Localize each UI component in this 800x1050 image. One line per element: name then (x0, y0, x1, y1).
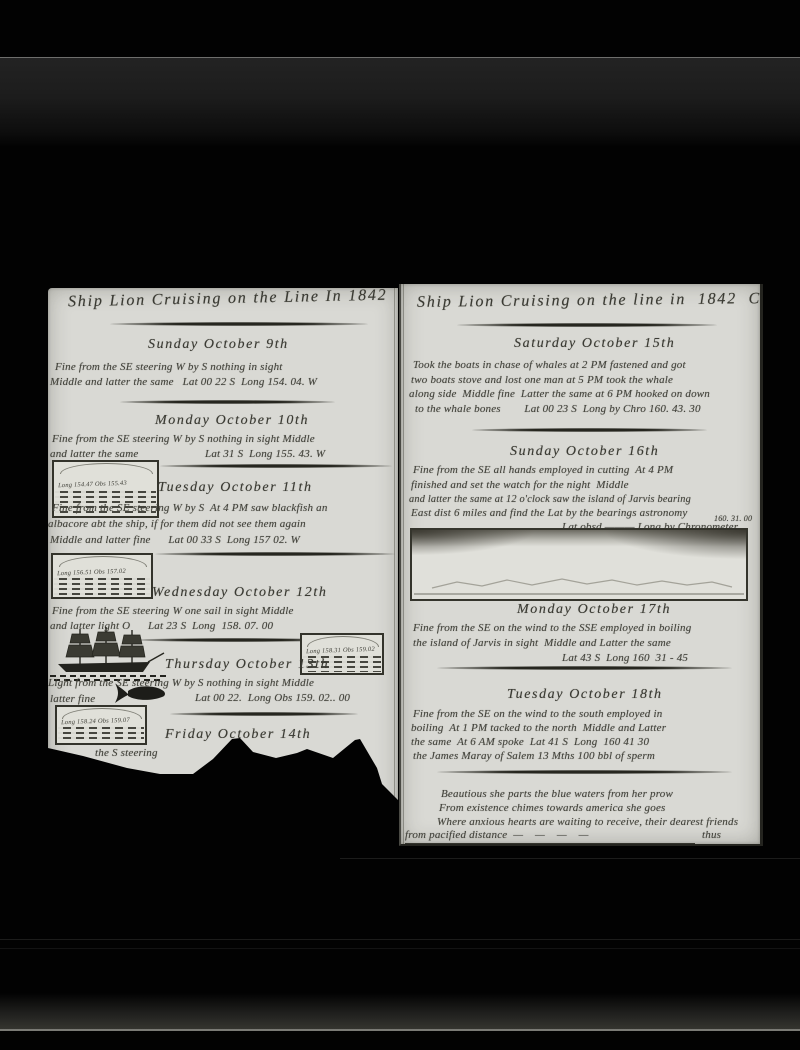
entry-line: finished and set the watch for the night… (411, 479, 629, 492)
film-bottom-line (0, 1029, 800, 1031)
film-scratch-line (340, 858, 800, 859)
entry-heading: Friday October 14th (165, 728, 311, 741)
ship-sketch (50, 626, 168, 682)
entry-line: along side Middle fine Latter the same a… (409, 388, 710, 401)
entry-line: to the whale bones Lat 00 23 S Long by C… (415, 403, 701, 416)
entry-line: boiling At 1 PM tacked to the north Midd… (411, 722, 666, 735)
entry-heading: Tuesday October 18th (507, 688, 663, 701)
entry-line: Fine from the SE steering W one sail in … (52, 605, 294, 618)
entry-line: Lat 31 S Long 155. 43. W (205, 448, 325, 461)
entry-line: the same At 6 AM spoke Lat 41 S Long 160… (411, 736, 649, 749)
divider-flourish (170, 712, 358, 716)
entry-line: albacore abt the ship, if for them did n… (48, 518, 306, 531)
entry-line: Middle and latter the same Lat 00 22 S L… (50, 376, 317, 389)
entry-line: Light from the SE steering W by S nothin… (48, 677, 314, 690)
entry-line: Fine from the SE steering W by S nothing… (52, 433, 315, 446)
entry-line: the S steering (95, 747, 158, 760)
verse-line: Beautious she parts the blue waters from… (441, 788, 673, 801)
entry-line: Middle and latter fine Lat 00 33 S Long … (50, 534, 300, 547)
entry-heading: Sunday October 16th (510, 445, 659, 458)
left-page: Ship Lion Cruising on the Line In 1842 S… (48, 288, 398, 846)
entry-line: Fine from the SE on the wind to the sout… (413, 708, 662, 721)
entry-line: two boats stove and lost one man at 5 PM… (411, 374, 673, 387)
entry-line: Lat 00 22. Long Obs 159. 02.. 00 (195, 692, 350, 705)
sketch-caption: Long 154.47 Obs 155.43 (58, 480, 127, 489)
scanned-logbook-photograph: { "left_page": { "header": "Ship Lion Cr… (0, 0, 800, 1050)
sketch-caption: Long 156.51 Obs 157.02 (57, 568, 126, 577)
film-bottom-band (0, 993, 800, 1029)
film-top-band (0, 57, 800, 146)
verse-line: from pacified distance — — — — (405, 829, 695, 844)
divider-flourish (472, 428, 707, 432)
entry-line: Fine from the SE all hands employed in c… (413, 464, 673, 477)
right-page: Ship Lion Cruising on the line in 1842 C… (399, 284, 763, 846)
whale-sketch (114, 682, 168, 704)
entry-heading: Monday October 17th (517, 603, 671, 616)
entry-heading: Tuesday October 11th (158, 481, 313, 494)
divider-flourish (457, 323, 717, 327)
film-scratch-line (0, 939, 800, 940)
entry-line: Lat 43 S Long 160 31 - 45 (562, 652, 688, 665)
coastline-sketch-box: Long 156.51 Obs 157.02 (51, 553, 153, 599)
entry-line: the island of Jarvis in sight Middle and… (413, 637, 671, 650)
sea-hatch (58, 727, 144, 742)
mountain-ridge (412, 530, 746, 599)
entry-heading: Sunday October 9th (148, 338, 289, 351)
entry-line: Fine from the SE steering W by S At 4 PM… (52, 502, 328, 515)
page-header: Ship Lion Cruising on the line in 1842 C (417, 292, 761, 309)
entry-line: and latter the same at 12 o'clock saw th… (409, 493, 691, 506)
entry-line: East dist 6 miles and find the Lat by th… (411, 507, 688, 520)
film-scratch-line (0, 948, 800, 949)
sketch-caption: Long 158.31 Obs 159.02 (306, 646, 375, 655)
divider-flourish (437, 666, 732, 670)
verse-line: From existence chimes towards america sh… (439, 802, 666, 815)
entry-line: Fine from the SE on the wind to the SSE … (413, 622, 691, 635)
entry-line: Took the boats in chase of whales at 2 P… (413, 359, 686, 372)
entry-line: the James Maray of Salem 13 Mths 100 bbl… (413, 750, 655, 763)
page-header: Ship Lion Cruising on the Line In 1842 (68, 289, 388, 309)
coastline-sketch-box: Long 158.24 Obs 159.07 (55, 705, 147, 745)
sky-arc (59, 556, 147, 567)
entry-heading: Monday October 10th (155, 414, 309, 427)
margin-rule (394, 288, 395, 846)
verse-line: Where anxious hearts are waiting to rece… (437, 816, 738, 829)
divider-flourish (437, 770, 732, 774)
margin-rule (403, 284, 404, 844)
sea-hatch (54, 578, 150, 596)
sky-arc (60, 463, 153, 474)
divider-flourish (160, 464, 392, 468)
entry-heading: Wednesday October 12th (152, 586, 327, 599)
verse-signature: thus (702, 829, 721, 842)
divider-flourish (110, 322, 368, 326)
entry-line: Fine from the SE steering W by S nothing… (55, 361, 283, 374)
divider-flourish (155, 552, 395, 556)
entry-heading: Thursday October 13th (165, 658, 329, 671)
island-panorama-sketch (410, 528, 748, 601)
sketch-caption: Long 158.24 Obs 159.07 (61, 717, 130, 726)
entry-heading: Saturday October 15th (514, 337, 675, 350)
divider-flourish (120, 400, 335, 404)
